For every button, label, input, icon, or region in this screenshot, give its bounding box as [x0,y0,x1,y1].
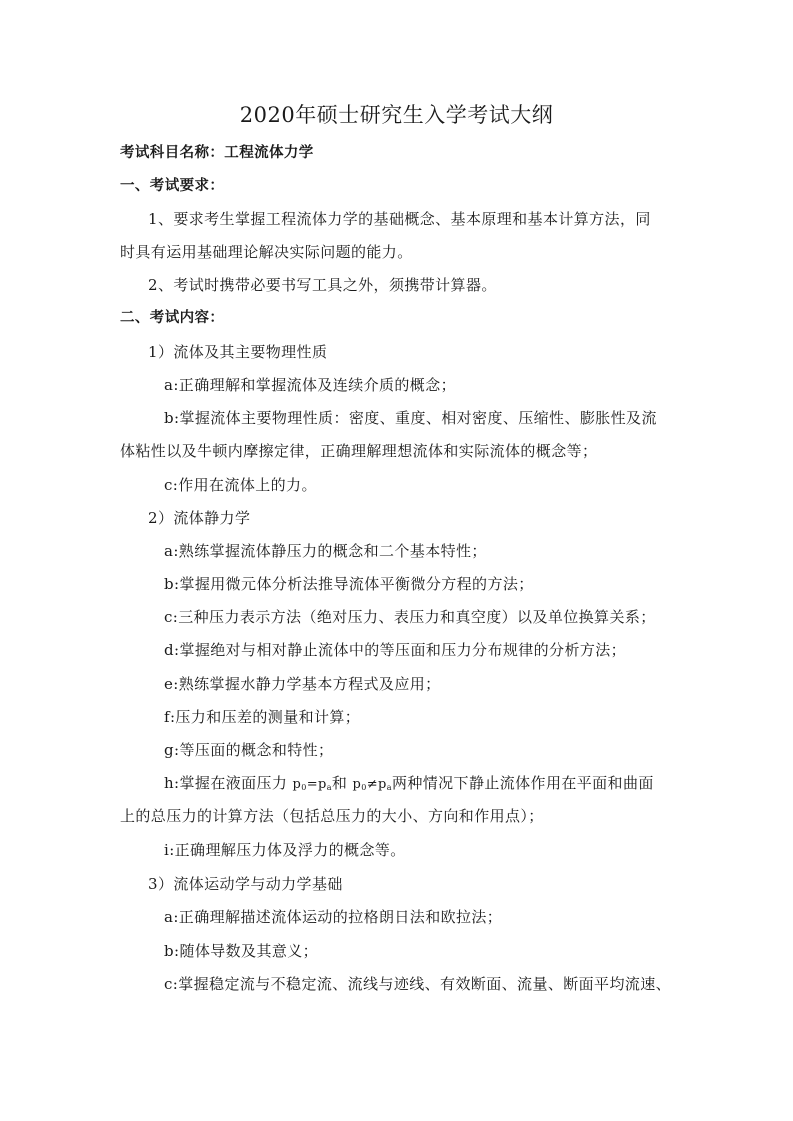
topic-1-heading: 1）流体及其主要物理性质 [148,342,703,362]
requirement-1-line1: 1、要求考生掌握工程流体力学的基础概念、基本原理和基本计算方法，同 [148,209,703,229]
p0-symbol: p0=pa [292,777,331,792]
topic-1-item-b-line2: 体粘性以及牛顿内摩擦定律，正确理解理想流体和实际流体的概念等； [120,441,675,461]
topic-2-item-f: f:压力和压差的测量和计算； [164,707,719,727]
topic-1-item-b-line1: b:掌握流体主要物理性质：密度、重度、相对密度、压缩性、膨胀性及流 [164,408,719,428]
topic-2-heading: 2）流体静力学 [148,508,703,528]
item-h-and: 和 [332,774,353,792]
topic-2-item-i: i:正确理解压力体及浮力的概念等。 [164,840,719,860]
topic-2-item-a: a:熟练掌握流体静压力的概念和二个基本特性； [164,541,719,561]
topic-3-heading: 3）流体运动学与动力学基础 [148,874,703,894]
item-h-rest: 两种情况下静止流体作用在平面和曲面 [392,774,654,792]
topic-2-item-e: e:熟练掌握水静力学基本方程式及应用； [164,674,719,694]
topic-1-item-c: c:作用在流体上的力。 [164,475,719,495]
topic-3-item-a: a:正确理解描述流体运动的拉格朗日法和欧拉法； [164,907,719,927]
requirement-1-line2: 时具有运用基础理论解决实际问题的能力。 [120,242,675,262]
section-heading-content: 二、考试内容： [120,308,675,328]
topic-2-item-b: b:掌握用微元体分析法推导流体平衡微分方程的方法； [164,574,719,594]
subject-name: 考试科目名称：工程流体力学 [120,143,675,163]
p0-neq-pa-symbol: p0≠pa [353,777,392,792]
topic-2-item-d: d:掌握绝对与相对静止流体中的等压面和压力分布规律的分析方法； [164,640,719,660]
topic-2-item-c: c:三种压力表示方法（绝对压力、表压力和真空度）以及单位换算关系； [164,607,719,627]
topic-3-item-b: b:随体导数及其意义； [164,941,719,961]
topic-3-item-c: c:掌握稳定流与不稳定流、流线与迹线、有效断面、流量、断面平均流速、 [164,974,719,994]
topic-2-item-h-line2: 上的总压力的计算方法（包括总压力的大小、方向和作用点）； [120,806,675,826]
document-title: 2020年硕士研究生入学考试大纲 [0,100,793,130]
section-heading-requirements: 一、考试要求： [120,176,675,196]
topic-2-item-h-line1: h:掌握在液面压力 p0=pa和 p0≠pa两种情况下静止流体作用在平面和曲面 [164,773,719,798]
topic-2-item-g: g:等压面的概念和特性； [164,740,719,760]
topic-1-item-a: a:正确理解和掌握流体及连续介质的概念； [164,375,719,395]
item-h-prefix: h:掌握在液面压力 [164,774,292,792]
requirement-2: 2、考试时携带必要书写工具之外，须携带计算器。 [148,275,703,295]
document-page: 2020年硕士研究生入学考试大纲 考试科目名称：工程流体力学 一、考试要求： 1… [0,0,793,1121]
